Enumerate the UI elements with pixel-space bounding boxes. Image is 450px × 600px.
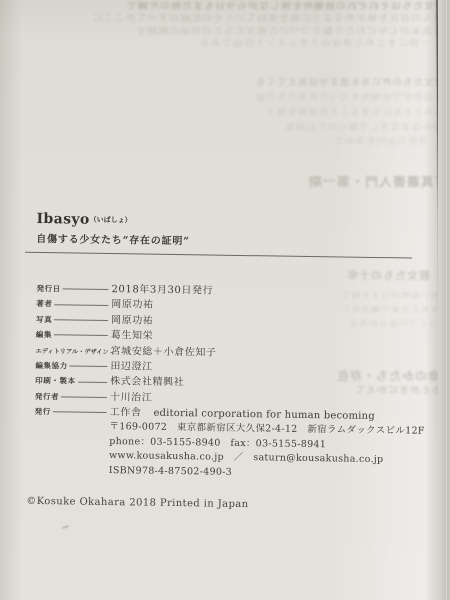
book-photo: 少女たちはそれぞれの居場所を探しながら今日もまた街の片隅で自らの存在を確かめるよ… xyxy=(0,0,450,600)
page-edge-curve xyxy=(0,0,450,600)
book-fore-edge xyxy=(438,0,450,600)
fore-edge-hairline xyxy=(446,0,447,600)
